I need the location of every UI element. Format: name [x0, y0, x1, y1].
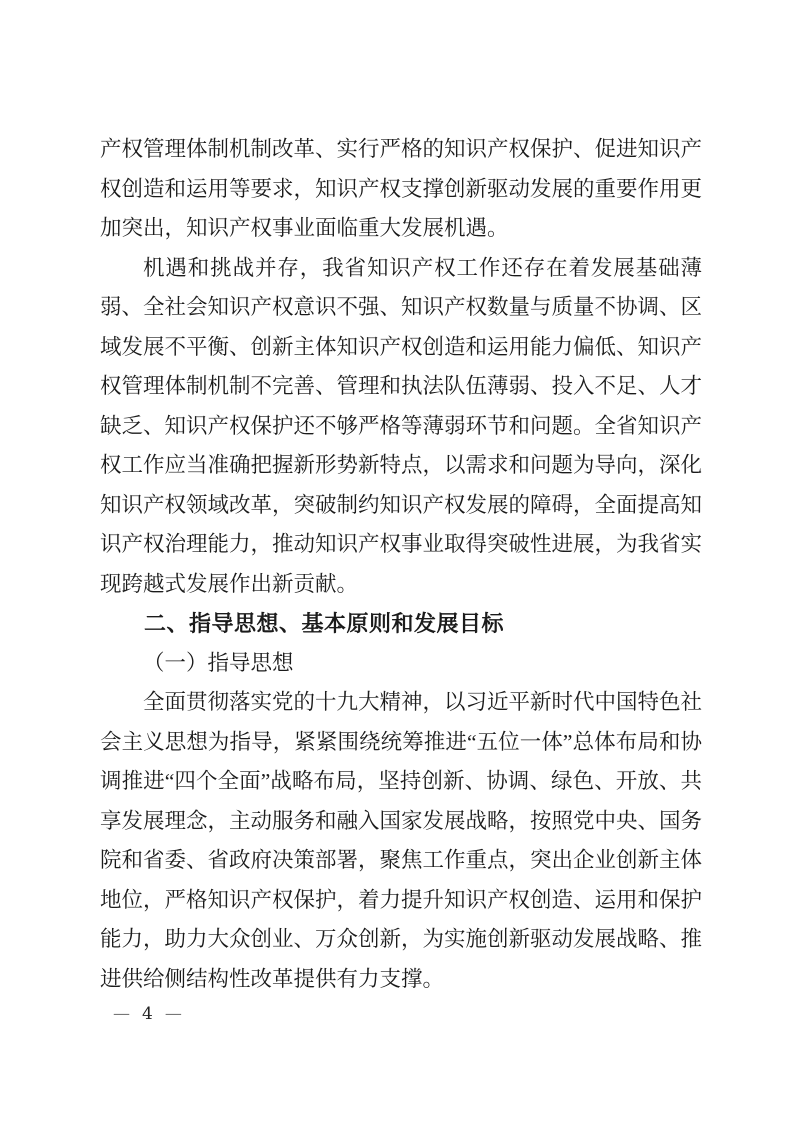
document-page: 产权管理体制机制改革、实行严格的知识产权保护、促进知识产权创造和运用等要求，知识…	[0, 0, 800, 1131]
document-body: 产权管理体制机制改革、实行严格的知识产权保护、促进知识产权创造和运用等要求，知识…	[100, 130, 702, 999]
footer-dash-left: —	[113, 1004, 130, 1024]
paragraph-continuation: 产权管理体制机制改革、实行严格的知识产权保护、促进知识产权创造和运用等要求，知识…	[100, 130, 702, 249]
section-heading: 二、指导思想、基本原则和发展目标	[100, 604, 702, 644]
footer-dash-right: —	[165, 1004, 182, 1024]
paragraph-guiding-ideology: 全面贯彻落实党的十九大精神，以习近平新时代中国特色社会主义思想为指导，紧紧围绕统…	[100, 683, 702, 999]
page-footer: — 4 —	[113, 1004, 182, 1024]
page-number: 4	[142, 1004, 153, 1024]
subsection-heading: （一）指导思想	[100, 644, 702, 684]
paragraph-challenges: 机遇和挑战并存，我省知识产权工作还存在着发展基础薄弱、全社会知识产权意识不强、知…	[100, 249, 702, 605]
